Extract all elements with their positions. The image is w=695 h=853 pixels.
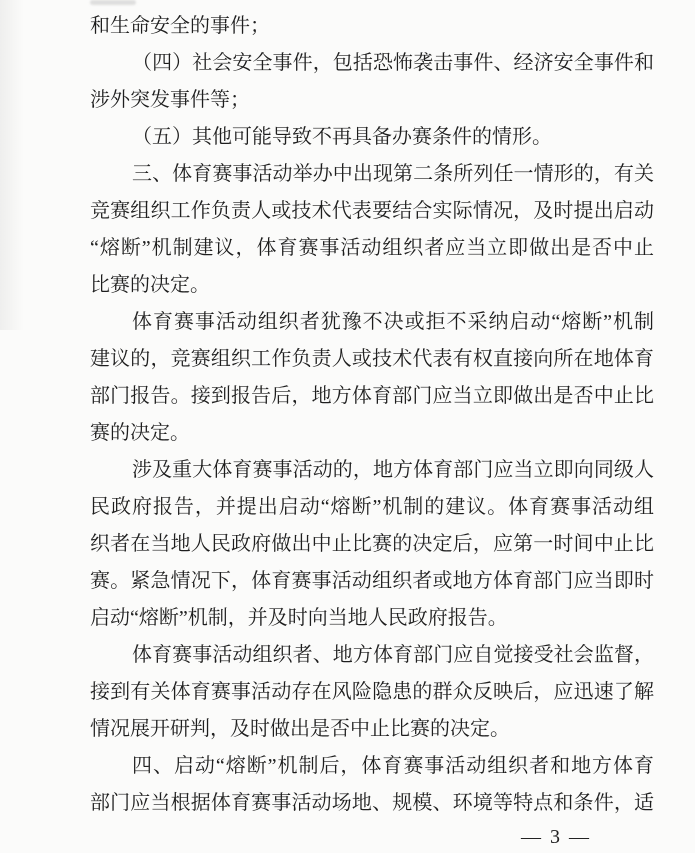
text-line: 部门应当根据体育赛事活动场地、规模、环境等特点和条件，适 <box>90 785 654 822</box>
text-line: 启动“熔断”机制，并及时向当地人民政府报告。 <box>90 600 654 637</box>
text-line: 情况展开研判，及时做出是否中止比赛的决定。 <box>90 711 654 748</box>
text-line: 赛。紧急情况下，体育赛事活动组织者或地方体育部门应当即时 <box>90 563 654 600</box>
page-number: — 3 — <box>521 823 591 851</box>
text-line: 赛的决定。 <box>90 415 654 452</box>
text-line: 部门报告。接到报告后，地方体育部门应当立即做出是否中止比 <box>90 378 654 415</box>
text-line: “熔断”机制建议，体育赛事活动组织者应当立即做出是否中止 <box>90 230 654 267</box>
text-line: 民政府报告，并提出启动“熔断”机制的建议。体育赛事活动组 <box>90 489 654 526</box>
text-line: 三、体育赛事活动举办中出现第二条所列任一情形的，有关 <box>90 156 654 193</box>
document-page: 和生命安全的事件；（四）社会安全事件，包括恐怖袭击事件、经济安全事件和涉外突发事… <box>0 0 695 853</box>
text-line: 接到有关体育赛事活动存在风险隐患的群众反映后，应迅速了解 <box>90 674 654 711</box>
text-line: 织者在当地人民政府做出中止比赛的决定后，应第一时间中止比 <box>90 526 654 563</box>
scanned-document-page: { "page": { "background_color": "#fbfbfa… <box>0 0 695 853</box>
text-line: 体育赛事活动组织者、地方体育部门应自觉接受社会监督， <box>90 637 654 674</box>
scan-edge-shadow <box>0 0 24 330</box>
text-line: 比赛的决定。 <box>90 267 654 304</box>
text-line: 涉及重大体育赛事活动的，地方体育部门应当立即向同级人 <box>90 452 654 489</box>
text-line: 和生命安全的事件； <box>90 8 654 45</box>
text-line: （四）社会安全事件，包括恐怖袭击事件、经济安全事件和 <box>90 45 654 82</box>
text-line: 涉外突发事件等； <box>90 82 654 119</box>
text-line: 四、启动“熔断”机制后，体育赛事活动组织者和地方体育 <box>90 748 654 785</box>
text-line: 体育赛事活动组织者犹豫不决或拒不采纳启动“熔断”机制 <box>90 304 654 341</box>
scan-smudge-artifact <box>90 0 136 5</box>
text-line: 建议的，竞赛组织工作负责人或技术代表有权直接向所在地体育 <box>90 341 654 378</box>
document-text-block: 和生命安全的事件；（四）社会安全事件，包括恐怖袭击事件、经济安全事件和涉外突发事… <box>90 8 654 822</box>
text-line: （五）其他可能导致不再具备办赛条件的情形。 <box>90 119 654 156</box>
text-line: 竞赛组织工作负责人或技术代表要结合实际情况，及时提出启动 <box>90 193 654 230</box>
